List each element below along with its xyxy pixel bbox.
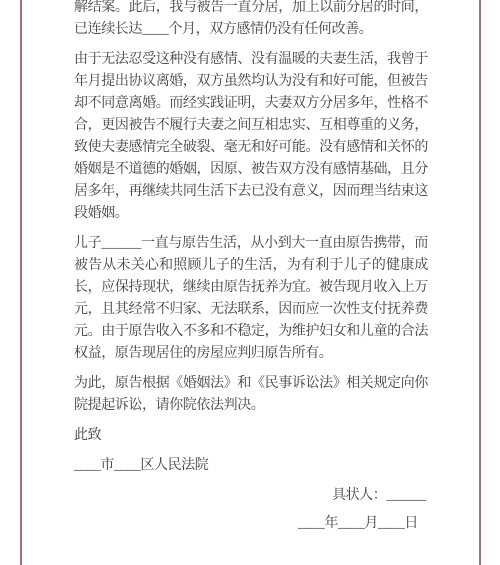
date-line: ____年____月____日: [74, 513, 428, 535]
court-name-line: ____市____区人民法院: [74, 455, 428, 477]
body-paragraph-divorce-reasons: 由于无法忍受这种没有感情、没有温暖的夫妻生活，我曾于年月提出协议离婚，双方虽然均…: [74, 49, 428, 225]
right-margin-rule: [479, 0, 481, 565]
signature-line: 具状人：______: [74, 485, 428, 507]
body-paragraph-legal-basis: 为此，原告根据《婚姻法》和《民事诉讼法》相关规定向你院提起诉讼，请你院依法判决。: [74, 373, 428, 417]
signature-block: 具状人：______ ____年____月____日: [74, 485, 428, 535]
body-paragraph-continuation: 解结案。此后，我与被告一直分居，加上以前分居的时间，已连续长达____个月，双方…: [74, 0, 428, 41]
salutation: 此致: [74, 425, 428, 447]
signature-blank: ______: [386, 488, 426, 503]
signature-label: 具状人：: [332, 488, 386, 503]
legal-document-page: 解结案。此后，我与被告一直分居，加上以前分居的时间，已连续长达____个月，双方…: [0, 0, 500, 565]
body-paragraph-child-custody: 儿子______一直与原告生活，从小到大一直由原告携带，而被告从未关心和照顾儿子…: [74, 233, 428, 365]
left-margin-rule: [20, 0, 22, 565]
document-body: 解结案。此后，我与被告一直分居，加上以前分居的时间，已连续长达____个月，双方…: [74, 0, 428, 541]
